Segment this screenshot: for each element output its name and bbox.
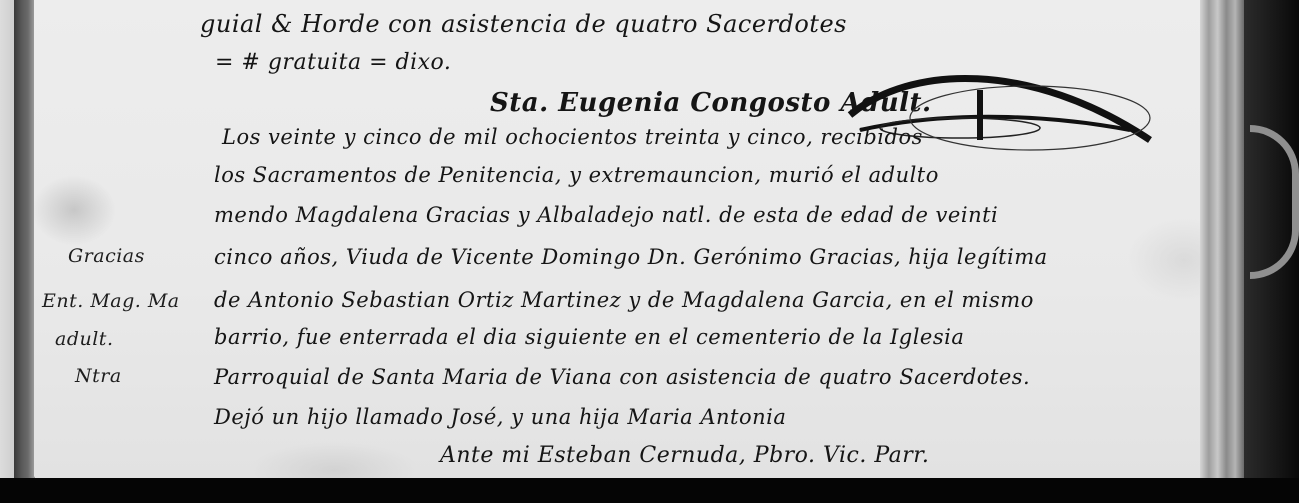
body-line-1: Los veinte y cinco de mil ochocientos tr…: [222, 125, 923, 149]
previous-page-edge: [0, 0, 14, 480]
scan-border: [0, 478, 1299, 503]
manuscript-scan: guial & Horde con asistencia de quatro S…: [0, 0, 1299, 503]
top-line-2: = # gratuita = dixo.: [215, 50, 451, 75]
margin-note-line-1: Gracias: [68, 245, 145, 267]
body-line-2: los Sacramentos de Penitencia, y extrema…: [214, 163, 939, 187]
body-line-8: Dejó un hijo llamado José, y una hija Ma…: [214, 405, 786, 429]
margin-note-line-2: Ent. Mag. Ma: [42, 290, 180, 312]
top-line-1: guial & Horde con asistencia de quatro S…: [200, 10, 847, 38]
margin-note-line-4: Ntra: [75, 365, 122, 387]
body-line-7: Parroquial de Santa Maria de Viana con a…: [214, 365, 1030, 389]
book-gutter: [14, 0, 34, 485]
signature: Ante mi Esteban Cernuda, Pbro. Vic. Parr…: [440, 443, 929, 468]
body-line-3: mendo Magdalena Gracias y Albaladejo nat…: [214, 203, 998, 227]
page-stack-edge: [1200, 0, 1244, 478]
body-line-4: cinco años, Viuda de Vicente Domingo Dn.…: [214, 245, 1048, 269]
margin-note-line-3: adult.: [55, 328, 113, 350]
body-line-6: barrio, fue enterrada el dia siguiente e…: [214, 325, 964, 349]
body-line-5: de Antonio Sebastian Ortiz Martinez y de…: [214, 288, 1034, 312]
